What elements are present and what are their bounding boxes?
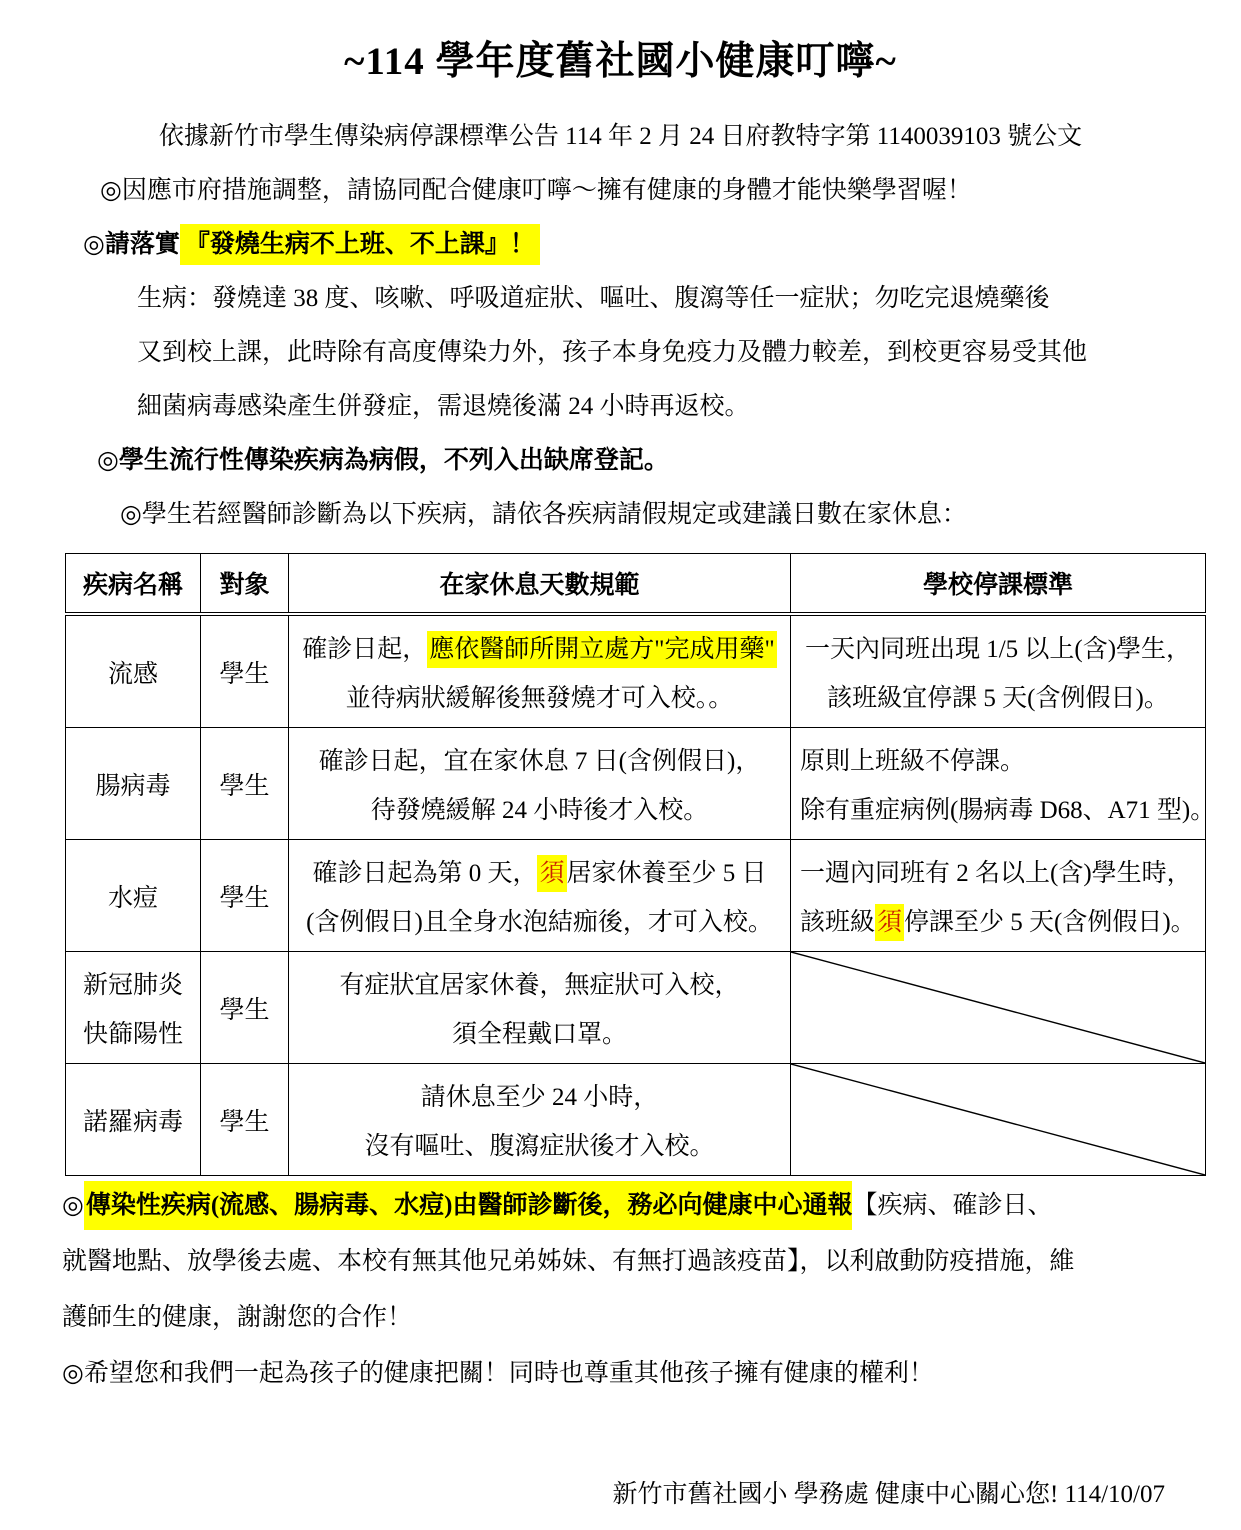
disease-rules-table: 疾病名稱 對象 在家休息天數規範 學校停課標準 流感 學生 確診日起，應依醫師所… (65, 553, 1206, 1176)
rest-rule-line1: 確診日起，宜在家休息 7 日(含例假日)， (319, 741, 761, 777)
table-header-row: 疾病名稱 對象 在家休息天數規範 學校停課標準 (66, 554, 1206, 615)
target-cell: 學生 (201, 1064, 289, 1176)
must-highlight: 須 (875, 904, 904, 941)
implement-highlight: 『發燒生病不上班、不上課』！ (180, 224, 540, 265)
table-row-flu: 流感 學生 確診日起，應依醫師所開立處方"完成用藥" 並待病狀緩解後無發燒才可入… (66, 614, 1206, 728)
school-rule-line1: 原則上班級不停課。 (800, 741, 1025, 777)
notify-marker: ◎ (62, 1192, 84, 1219)
adjust-notice-line: ◎因應市府措施調整，請協同配合健康叮嚀～擁有健康的身體才能快樂學習喔！ (0, 164, 1241, 218)
school-rule-cell-empty (791, 1064, 1206, 1176)
notify-paragraph-line3: 護師生的健康，謝謝您的合作！ (0, 1290, 1241, 1346)
table-row-enterovirus: 腸病毒 學生 確診日起，宜在家休息 7 日(含例假日)， 待發燒緩解 24 小時… (66, 728, 1206, 840)
rest-rule-line2: 須全程戴口罩。 (452, 1014, 627, 1050)
sick-leave-notice-line: ◎學生流行性傳染疾病為病假，不列入出缺席登記。 (0, 434, 1241, 488)
rest-rule-line1: 確診日起，應依醫師所開立處方"完成用藥" (302, 629, 776, 665)
target-cell: 學生 (201, 952, 289, 1064)
disease-name-line2: 快篩陽性 (83, 1014, 183, 1050)
diagonal-strikethrough (791, 952, 1205, 1063)
hope-line: ◎希望您和我們一起為孩子的健康把關！同時也尊重其他孩子擁有健康的權利！ (0, 1346, 1241, 1402)
notify-highlight: 傳染性疾病(流感、腸病毒、水痘)由醫師診斷後，務必向健康中心通報 (84, 1181, 853, 1230)
flu-medication-highlight: 應依醫師所開立處方"完成用藥" (427, 631, 776, 668)
diagonal-strikethrough (791, 1064, 1205, 1175)
diagnosis-notice-line: ◎學生若經醫師診斷為以下疾病，請依各疾病請假規定或建議日數在家休息： (0, 488, 1241, 542)
school-rule-line1: 一週內同班有 2 名以上(含)學生時， (800, 853, 1192, 889)
disease-name-cell: 腸病毒 (66, 728, 201, 840)
reference-line: 依據新竹市學生傳染病停課標準公告 114 年 2 月 24 日府教特字第 114… (0, 110, 1241, 164)
rest-rule-line2: (含例假日)且全身水泡結痂後，才可入校。 (306, 902, 773, 938)
rest-rule-cell: 確診日起為第 0 天，須居家休養至少 5 日 (含例假日)且全身水泡結痂後，才可… (289, 840, 791, 952)
rest-rule-cell: 請休息至少 24 小時， 沒有嘔吐、腹瀉症狀後才入校。 (289, 1064, 791, 1176)
school-rule-line2: 該班級須停課至少 5 天(含例假日)。 (800, 902, 1196, 938)
table-row-chickenpox: 水痘 學生 確診日起為第 0 天，須居家休養至少 5 日 (含例假日)且全身水泡… (66, 840, 1206, 952)
table-row-norovirus: 諾羅病毒 學生 請休息至少 24 小時， 沒有嘔吐、腹瀉症狀後才入校。 (66, 1064, 1206, 1176)
table-row-covid: 新冠肺炎 快篩陽性 學生 有症狀宜居家休養，無症狀可入校， 須全程戴口罩。 (66, 952, 1206, 1064)
school-rule-line1: 一天內同班出現 1/5 以上(含)學生， (805, 629, 1191, 665)
header-disease-name: 疾病名稱 (66, 554, 201, 615)
school-rule-line2: 該班級宜停課 5 天(含例假日)。 (827, 678, 1169, 714)
rest-rule-cell: 確診日起，應依醫師所開立處方"完成用藥" 並待病狀緩解後無發燒才可入校。。 (289, 614, 791, 728)
rest-rule-line2: 並待病狀緩解後無發燒才可入校。。 (346, 678, 734, 714)
disease-name-cell: 水痘 (66, 840, 201, 952)
school-rule-line2: 除有重症病例(腸病毒 D68、A71 型)。 (800, 790, 1215, 826)
disease-name-cell: 流感 (66, 614, 201, 728)
disease-name-cell: 新冠肺炎 快篩陽性 (66, 952, 201, 1064)
disease-name-line1: 新冠肺炎 (83, 965, 183, 1001)
rest-rule-cell: 有症狀宜居家休養，無症狀可入校， 須全程戴口罩。 (289, 952, 791, 1064)
notify-paragraph-line2: 就醫地點、放學後去處、本校有無其他兄弟姊妹、有無打過該疫苗】，以利啟動防疫措施，… (0, 1234, 1241, 1290)
target-cell: 學生 (201, 728, 289, 840)
header-target: 對象 (201, 554, 289, 615)
target-cell: 學生 (201, 840, 289, 952)
sick-paragraph-line3: 細菌病毒感染產生併發症，需退燒後滿 24 小時再返校。 (0, 380, 1241, 434)
rest-rule-line2: 沒有嘔吐、腹瀉症狀後才入校。 (364, 1126, 714, 1162)
target-cell: 學生 (201, 614, 289, 728)
school-rule-cell: 一週內同班有 2 名以上(含)學生時， 該班級須停課至少 5 天(含例假日)。 (791, 840, 1206, 952)
disease-name-cell: 諾羅病毒 (66, 1064, 201, 1176)
notify-line1-rest: 【疾病、確診日、 (852, 1192, 1052, 1219)
header-rest-days: 在家休息天數規範 (289, 554, 791, 615)
rest-rule-line1: 確診日起為第 0 天，須居家休養至少 5 日 (312, 853, 766, 889)
implement-prefix: ◎請落實 (83, 231, 180, 258)
rest-rule-line1: 有症狀宜居家休養，無症狀可入校， (339, 965, 739, 1001)
rest-rule-line1: 請休息至少 24 小時， (421, 1077, 659, 1113)
header-school-suspension: 學校停課標準 (791, 554, 1206, 615)
sick-paragraph-line1: 生病：發燒達 38 度、咳嗽、呼吸道症狀、嘔吐、腹瀉等任一症狀；勿吃完退燒藥後 (0, 272, 1241, 326)
school-rule-cell: 原則上班級不停課。 除有重症病例(腸病毒 D68、A71 型)。 (791, 728, 1206, 840)
must-highlight: 須 (537, 855, 566, 892)
document-page: ~114 學年度舊社國小健康叮嚀~ 依據新竹市學生傳染病停課標準公告 114 年… (0, 0, 1241, 1530)
page-title: ~114 學年度舊社國小健康叮嚀~ (0, 36, 1241, 88)
school-rule-cell: 一天內同班出現 1/5 以上(含)學生， 該班級宜停課 5 天(含例假日)。 (791, 614, 1206, 728)
rest-rule-line2: 待發燒緩解 24 小時後才入校。 (371, 790, 709, 826)
school-rule-cell-empty (791, 952, 1206, 1064)
notify-paragraph-line1: ◎傳染性疾病(流感、腸病毒、水痘)由醫師診斷後，務必向健康中心通報【疾病、確診日… (0, 1178, 1241, 1234)
implement-notice-line: ◎請落實『發燒生病不上班、不上課』！ (0, 218, 1241, 272)
rest-rule-cell: 確診日起，宜在家休息 7 日(含例假日)， 待發燒緩解 24 小時後才入校。 (289, 728, 791, 840)
sick-paragraph-line2: 又到校上課，此時除有高度傳染力外，孩子本身免疫力及體力較差，到校更容易受其他 (0, 326, 1241, 380)
signature-line: 新竹市舊社國小 學務處 健康中心關心您! 114/10/07 (0, 1467, 1241, 1523)
